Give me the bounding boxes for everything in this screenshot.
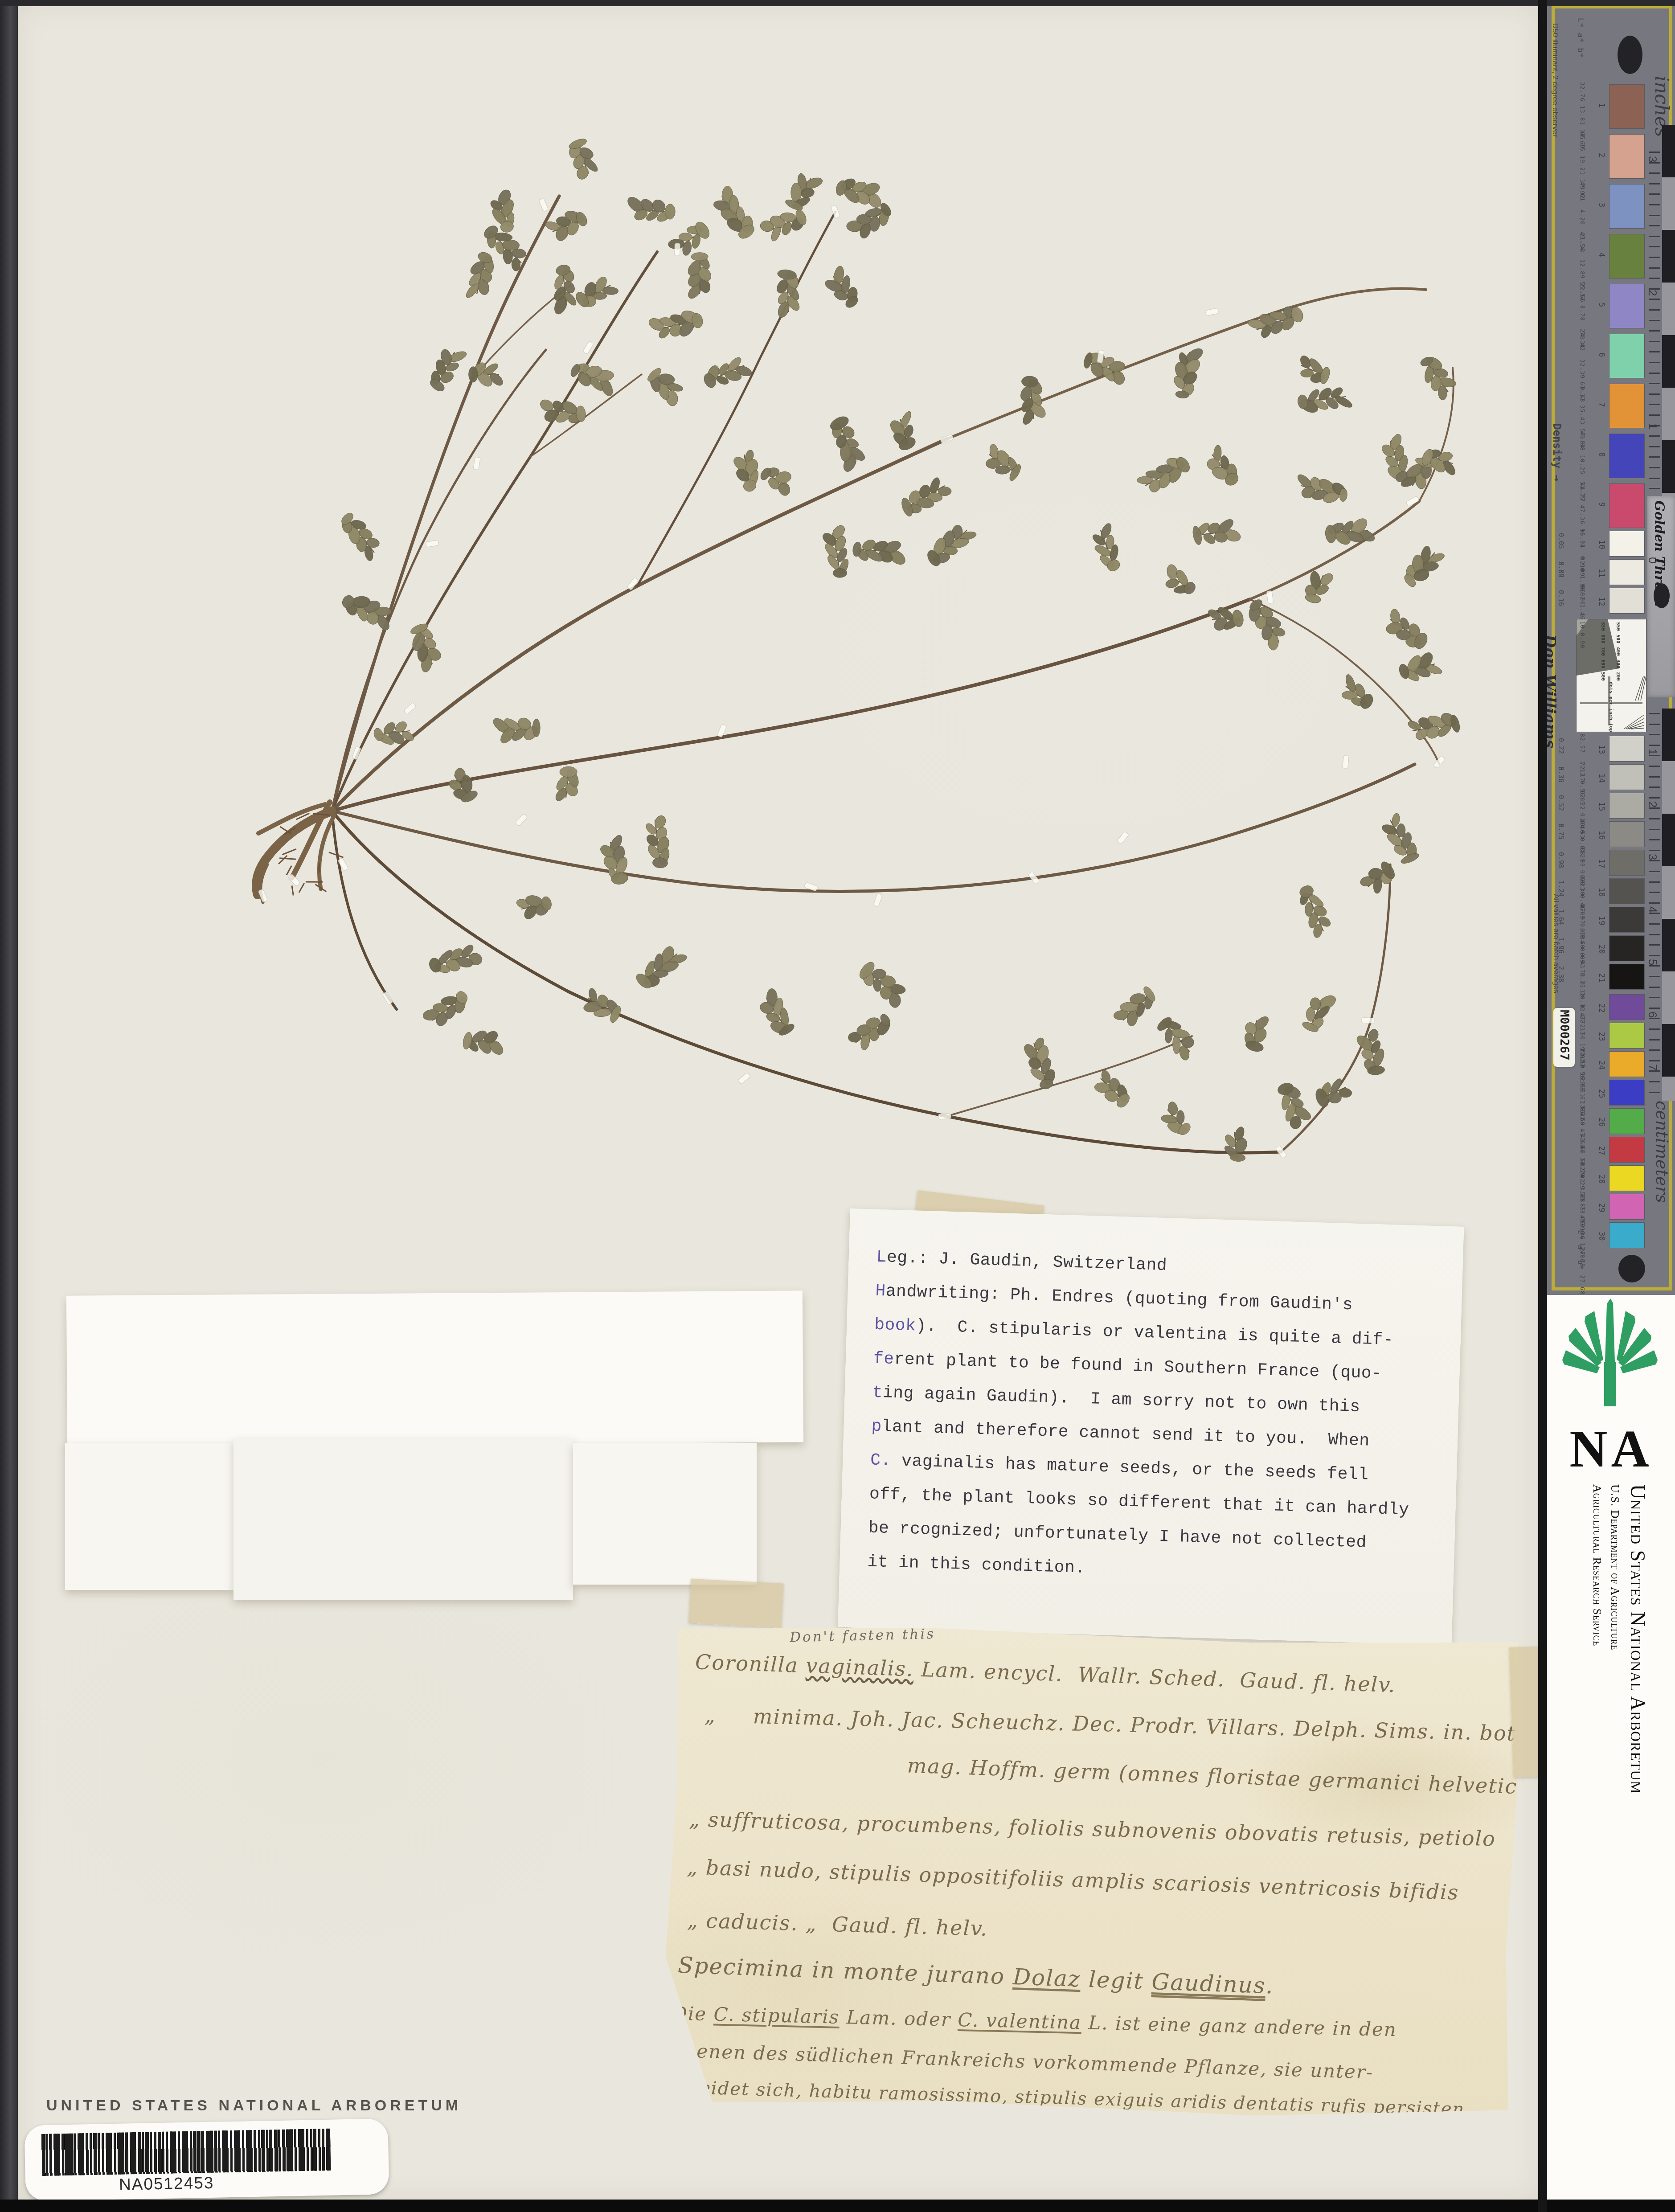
stamp-line-1: UNITED STATES NATIONAL ARBORETUM bbox=[40, 2097, 468, 2114]
density-value: 0.16 bbox=[1557, 590, 1565, 606]
calibration-patch-9 bbox=[1609, 484, 1644, 528]
leaflet bbox=[679, 233, 692, 241]
calibration-patch-23 bbox=[1609, 1023, 1644, 1048]
plant-stem bbox=[332, 811, 1281, 1153]
patch-number: 4 bbox=[1597, 253, 1606, 257]
density-value: 0.98 bbox=[1557, 852, 1565, 868]
plant-root bbox=[319, 815, 334, 889]
dpi-value: 600 bbox=[1600, 660, 1606, 668]
calibration-patch-6 bbox=[1609, 334, 1644, 378]
patch-number: 6 bbox=[1597, 352, 1606, 357]
arboretum-titles: United States National Arboretum U.S. De… bbox=[1590, 1484, 1650, 1794]
dpi-value: 300 bbox=[1615, 660, 1621, 668]
patch-number: 14 bbox=[1597, 774, 1606, 782]
dpi-value: 400 bbox=[1615, 647, 1621, 656]
patch-number: 29 bbox=[1597, 1203, 1606, 1212]
lab-header: L* a* b* bbox=[1576, 18, 1585, 58]
brand-dot bbox=[1654, 583, 1670, 608]
patch-number: 2 bbox=[1597, 153, 1606, 157]
root-fiber bbox=[278, 856, 287, 864]
dpi-value: 700 bbox=[1600, 647, 1606, 656]
barcode-sticker: NA0512453 bbox=[24, 2118, 389, 2201]
patch-number: 11 bbox=[1597, 569, 1606, 578]
arboretum-tree-icon bbox=[1560, 1295, 1661, 1415]
glue-strip bbox=[938, 1113, 951, 1119]
image-id-text: M000267 bbox=[1557, 1010, 1571, 1061]
calibration-patch-16 bbox=[1609, 822, 1644, 847]
inch-tick-label: 3 bbox=[1646, 156, 1659, 162]
patch-number: 5 bbox=[1597, 303, 1606, 307]
calibration-patch-3 bbox=[1609, 184, 1644, 228]
glue-strip bbox=[1362, 1017, 1374, 1023]
glue-strip bbox=[382, 991, 393, 1005]
calibration-patch-28 bbox=[1609, 1166, 1644, 1191]
glue-strip bbox=[1117, 831, 1129, 844]
seed-packet-fold-left bbox=[65, 1443, 233, 1590]
color-calibration-bar: inches centimeters D50 illuminant, 2 deg… bbox=[1547, 0, 1675, 1295]
barcode-number: NA0512453 bbox=[119, 2174, 214, 2194]
centimeters-label: centimeters bbox=[1652, 1101, 1672, 1203]
arboretum-logo-strip: NA United States National Arboretum U.S.… bbox=[1547, 1295, 1675, 2212]
leaflet bbox=[1021, 376, 1039, 388]
density-value: 0.75 bbox=[1557, 823, 1565, 840]
patch-number: 20 bbox=[1597, 945, 1606, 954]
patch-number: 24 bbox=[1597, 1061, 1606, 1069]
calibration-patch-18 bbox=[1609, 879, 1644, 904]
cm-tick-label: 2 bbox=[1646, 801, 1659, 807]
dpi-axis-label: dots per inch (optical) bbox=[1608, 682, 1614, 732]
cm-tick-label: 1 bbox=[1646, 749, 1659, 755]
illuminant-note: D50 illuminant, 2 degree observer bbox=[1551, 23, 1560, 137]
glue-strip bbox=[1266, 590, 1274, 603]
cm-tick-label: 4 bbox=[1646, 906, 1659, 913]
plant-stem bbox=[947, 1036, 1192, 1116]
patch-number: 28 bbox=[1597, 1175, 1606, 1184]
glue-strip bbox=[352, 746, 361, 760]
calibration-patch-10 bbox=[1609, 531, 1644, 556]
herbarium-sheet-scan: Leg.: J. Gaudin, SwitzerlandHandwriting:… bbox=[0, 0, 1675, 2212]
leaflet bbox=[1328, 1092, 1342, 1103]
na-monogram: NA bbox=[1547, 1419, 1675, 1479]
glue-strip bbox=[473, 457, 480, 470]
calibration-patch-30 bbox=[1609, 1223, 1644, 1248]
glue-strip bbox=[627, 577, 639, 590]
leaflet bbox=[512, 258, 520, 271]
glue-strip bbox=[1343, 756, 1349, 769]
calibration-patch-14 bbox=[1609, 765, 1644, 790]
seed-packet-fold-right bbox=[573, 1443, 757, 1585]
leaflet bbox=[1305, 902, 1313, 917]
patch-number: 12 bbox=[1597, 597, 1606, 606]
ruler-checker-bottom bbox=[1662, 709, 1675, 1101]
dpi-value: 850 bbox=[1600, 622, 1606, 631]
handwritten-line: Die C. stipularis Lam. oder C. valentina… bbox=[672, 2002, 1397, 2040]
handwritten-line: „ suffruticosa, procumbens, foliolis sub… bbox=[689, 1807, 1496, 1851]
patch-number: 26 bbox=[1597, 1118, 1606, 1126]
patch-number: 13 bbox=[1597, 745, 1606, 754]
patch-number: 18 bbox=[1597, 888, 1606, 897]
calibration-patch-21 bbox=[1609, 964, 1644, 989]
patch-lab-values: 50.36 -27.78 -27.68 bbox=[1579, 1220, 1585, 1295]
leaflet bbox=[1319, 571, 1335, 587]
registration-dot-top bbox=[1618, 36, 1642, 74]
patch-number: 23 bbox=[1597, 1032, 1606, 1041]
calibration-patch-25 bbox=[1609, 1080, 1644, 1105]
calibration-patch-12 bbox=[1609, 588, 1644, 613]
typed-annotation-label: Leg.: J. Gaudin, SwitzerlandHandwriting:… bbox=[838, 1208, 1464, 1645]
handwritten-line: mag. Hoffm. germ (omnes floristae german… bbox=[907, 1753, 1575, 1800]
tape-strip bbox=[689, 1579, 784, 1628]
golden-thread-tag: Golden Thread bbox=[1647, 496, 1675, 697]
scanner-bed-top bbox=[0, 0, 1675, 6]
calibration-patch-8 bbox=[1609, 434, 1644, 478]
ars-line: Agricultural Research Service bbox=[1590, 1484, 1604, 1794]
leaflet bbox=[691, 253, 708, 261]
patch-number: 22 bbox=[1597, 1004, 1606, 1012]
root-fiber bbox=[282, 849, 296, 854]
density-value: 0.22 bbox=[1557, 738, 1565, 754]
scanner-bed-bottom bbox=[0, 2200, 1675, 2212]
barcode-icon bbox=[41, 2129, 331, 2176]
dpi-value: 550 bbox=[1615, 622, 1621, 631]
patch-number: 30 bbox=[1597, 1232, 1606, 1241]
calibration-patch-19 bbox=[1609, 907, 1644, 932]
calibration-patch-4 bbox=[1609, 234, 1644, 278]
density-value: 2.38 bbox=[1557, 966, 1565, 982]
patch-number: 16 bbox=[1597, 831, 1606, 840]
tree-blade bbox=[1605, 1299, 1615, 1362]
registration-dot-bottom bbox=[1618, 1255, 1645, 1282]
patch-number: 19 bbox=[1597, 916, 1606, 925]
dpi-value: 500 bbox=[1600, 672, 1606, 681]
cm-tick-label: 7 bbox=[1646, 1064, 1659, 1070]
density-value: 0.05 bbox=[1557, 533, 1565, 549]
dpi-value: 800 bbox=[1600, 635, 1606, 643]
glue-strip bbox=[737, 1073, 750, 1085]
patch-number: 3 bbox=[1597, 203, 1606, 207]
calibration-patch-1 bbox=[1609, 85, 1644, 128]
leaflet bbox=[1164, 1028, 1173, 1043]
patch-number: 7 bbox=[1597, 402, 1606, 407]
leaflet bbox=[469, 367, 478, 382]
calibration-patch-5 bbox=[1609, 284, 1644, 328]
patch-number: 10 bbox=[1597, 540, 1606, 549]
leaflet bbox=[532, 719, 540, 737]
calibration-patch-15 bbox=[1609, 793, 1644, 818]
patch-number: 8 bbox=[1597, 452, 1606, 457]
image-id-label: M000267 bbox=[1553, 1008, 1575, 1067]
seed-packet-fold-center bbox=[233, 1438, 573, 1600]
handwritten-line: Ebenen des südlichen Frankreichs vorkomm… bbox=[669, 2039, 1374, 2083]
handwritten-determination-label: Don't fasten this Coronilla vaginalis. L… bbox=[662, 1619, 1521, 2125]
cm-tick-label: 6 bbox=[1646, 1012, 1659, 1018]
patch-number: 15 bbox=[1597, 802, 1606, 811]
handwritten-line: „ caducis. „ Gaud. fl. helv. bbox=[687, 1908, 988, 1941]
leaflet bbox=[1229, 1153, 1245, 1162]
glue-strip bbox=[404, 702, 417, 715]
patch-number: 25 bbox=[1597, 1089, 1606, 1098]
density-value: 0.09 bbox=[1557, 561, 1565, 578]
calibration-patch-22 bbox=[1609, 995, 1644, 1020]
leaflet bbox=[560, 766, 577, 778]
patch-lab-values: 86.90 -1.10 0.90 bbox=[1579, 586, 1585, 648]
density-value: 0.36 bbox=[1557, 766, 1565, 782]
calibration-patch-2 bbox=[1609, 135, 1644, 178]
handwritten-line: Coronilla vaginalis. Lam. encycl. Wallr.… bbox=[695, 1650, 1396, 1697]
patch-number: 1 bbox=[1597, 103, 1606, 107]
glue-strip bbox=[940, 434, 954, 444]
leaflet bbox=[502, 240, 520, 251]
glue-strip bbox=[515, 814, 528, 827]
glue-strip bbox=[583, 341, 594, 354]
glue-strip bbox=[426, 540, 439, 547]
plant-stem bbox=[1250, 501, 1419, 599]
scanner-bed-gap bbox=[1538, 0, 1547, 2212]
calibration-patch-26 bbox=[1609, 1109, 1644, 1134]
patch-number: 21 bbox=[1597, 973, 1606, 982]
usda-line: U.S. Department of Agriculture bbox=[1608, 1484, 1622, 1794]
calibration-patch-20 bbox=[1609, 936, 1644, 961]
resolution-target: 850800700600500550500400300200dots per i… bbox=[1577, 619, 1646, 732]
plant-stem bbox=[332, 811, 397, 1009]
glue-strip bbox=[873, 893, 882, 907]
density-value: 0.52 bbox=[1557, 795, 1565, 811]
patch-number: 17 bbox=[1597, 859, 1606, 868]
density-value: 1.24 bbox=[1557, 881, 1565, 897]
handwritten-line: „ minima. Joh. Jac. Scheuchz. Dec. Prodr… bbox=[704, 1703, 1523, 1746]
leaflet bbox=[833, 568, 847, 578]
inch-tick-label: 0 bbox=[1646, 557, 1659, 563]
root-fiber bbox=[287, 866, 291, 875]
calibration-patch-24 bbox=[1609, 1052, 1644, 1077]
handwritten-line: Specimina in monte jurano Dolaz legit Ga… bbox=[677, 1952, 1274, 1999]
calibration-patch-27 bbox=[1609, 1137, 1644, 1162]
pressed-plant-specimen bbox=[187, 62, 1479, 1319]
scanner-bed-left bbox=[0, 0, 18, 2212]
root-fiber bbox=[299, 883, 304, 893]
seed-packet-flap-top bbox=[66, 1290, 803, 1447]
calibration-patch-7 bbox=[1609, 384, 1644, 428]
pencil-note: Don't fasten this bbox=[790, 1626, 936, 1646]
calibration-patch-11 bbox=[1609, 560, 1644, 585]
glue-strip bbox=[1433, 755, 1445, 768]
cm-ruler bbox=[1649, 713, 1660, 1096]
density-value: 1.64 bbox=[1557, 909, 1565, 925]
glue-strip bbox=[1205, 308, 1219, 316]
calibration-patch-13 bbox=[1609, 736, 1644, 761]
arboretum-title: United States National Arboretum bbox=[1626, 1484, 1650, 1794]
density-value: 1.96 bbox=[1557, 938, 1565, 954]
density-label: Density → bbox=[1551, 423, 1563, 481]
dpi-value: 200 bbox=[1615, 672, 1621, 681]
patch-number: 9 bbox=[1597, 502, 1606, 507]
plant-stem bbox=[332, 764, 1415, 891]
cm-tick-label: 3 bbox=[1646, 854, 1659, 860]
plant-stem bbox=[332, 252, 657, 811]
patch-number: 27 bbox=[1597, 1146, 1606, 1155]
calibration-patch-29 bbox=[1609, 1194, 1644, 1219]
glue-strip bbox=[675, 243, 680, 256]
cm-tick-label: 5 bbox=[1646, 959, 1659, 965]
leaflet bbox=[1306, 1007, 1315, 1021]
tree-blade bbox=[1604, 1362, 1616, 1406]
inch-tick-label: 2 bbox=[1646, 290, 1659, 296]
root-fiber bbox=[292, 886, 293, 896]
glue-strip bbox=[539, 198, 549, 212]
handwritten-line: „ basi nudo, stipulis oppositifoliis amp… bbox=[687, 1855, 1460, 1904]
root-fiber bbox=[279, 858, 296, 860]
dpi-value: 500 bbox=[1615, 635, 1621, 643]
inch-tick-label: 1 bbox=[1646, 423, 1659, 430]
calibration-patch-17 bbox=[1609, 850, 1644, 875]
leaflet bbox=[665, 204, 676, 220]
